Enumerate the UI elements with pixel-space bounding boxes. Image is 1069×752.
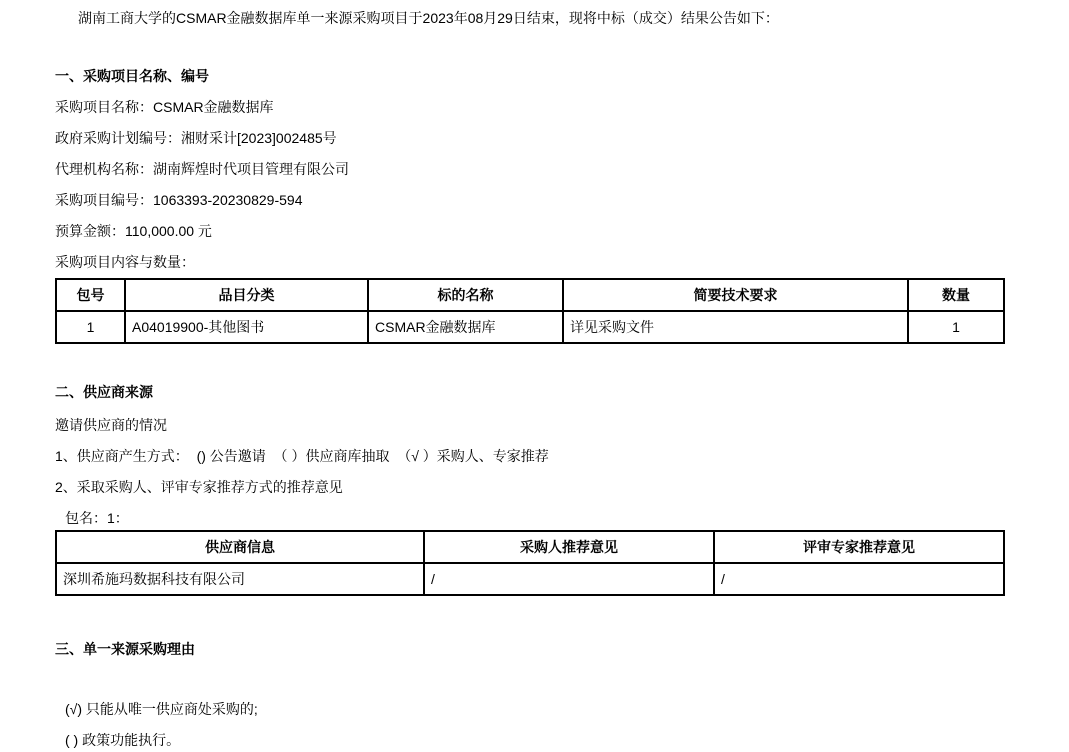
suppliers-table-header-row: 供应商信息 采购人推荐意见 评审专家推荐意见	[56, 531, 1004, 563]
invite-suppliers-label: 邀请供应商的情况	[55, 415, 1003, 435]
project-number-line: 采购项目编号：1063393-20230829-594	[55, 190, 1003, 210]
single-source-reason-option-2: ( ) 政策功能执行。	[65, 730, 1003, 750]
section2-heading: 二、供应商来源	[55, 382, 1003, 402]
intro-paragraph: 湖南工商大学的CSMAR金融数据库单一来源采购项目于2023年08月29日结束，…	[55, 0, 1003, 28]
items-table: 包号 品目分类 标的名称 简要技术要求 数量 1 A04019900-其他图书 …	[55, 278, 1005, 344]
section1-heading: 一、采购项目名称、编号	[55, 66, 1003, 86]
items-table-row: 1 A04019900-其他图书 CSMAR金融数据库 详见采购文件 1	[56, 311, 1004, 343]
content-quantity-label: 采购项目内容与数量：	[55, 252, 1003, 272]
document-page: 湖南工商大学的CSMAR金融数据库单一来源采购项目于2023年08月29日结束，…	[0, 0, 1069, 752]
header-quantity: 数量	[908, 279, 1004, 311]
budget-line: 预算金额：110,000.00 元	[55, 221, 1003, 241]
section3-heading: 三、单一来源采购理由	[55, 639, 1003, 659]
single-source-reason-option-1: (√) 只能从唯一供应商处采购的;	[65, 699, 1003, 719]
package-name-label: 包名：1：	[65, 508, 1003, 528]
document-content: 湖南工商大学的CSMAR金融数据库单一来源采购项目于2023年08月29日结束，…	[55, 0, 1003, 750]
cell-subject-name: CSMAR金融数据库	[368, 311, 563, 343]
items-table-wrapper: 包号 品目分类 标的名称 简要技术要求 数量 1 A04019900-其他图书 …	[55, 278, 1003, 344]
header-item-category: 品目分类	[125, 279, 368, 311]
project-name-line: 采购项目名称：CSMAR金融数据库	[55, 97, 1003, 117]
agency-name-line: 代理机构名称：湖南辉煌时代项目管理有限公司	[55, 159, 1003, 179]
items-table-header-row: 包号 品目分类 标的名称 简要技术要求 数量	[56, 279, 1004, 311]
header-subject-name: 标的名称	[368, 279, 563, 311]
cell-tech-requirements: 详见采购文件	[563, 311, 908, 343]
cell-package-no: 1	[56, 311, 125, 343]
header-purchaser-opinion: 采购人推荐意见	[424, 531, 714, 563]
supplier-method-line: 1、供应商产生方式： () 公告邀请 （ ）供应商库抽取 （√ ）采购人、专家推…	[55, 446, 1003, 466]
cell-expert-opinion: /	[714, 563, 1004, 595]
recommend-opinion-line: 2、采取采购人、评审专家推荐方式的推荐意见	[55, 477, 1003, 497]
header-expert-opinion: 评审专家推荐意见	[714, 531, 1004, 563]
cell-item-category: A04019900-其他图书	[125, 311, 368, 343]
plan-number-line: 政府采购计划编号：湘财采计[2023]002485号	[55, 128, 1003, 148]
suppliers-table: 供应商信息 采购人推荐意见 评审专家推荐意见 深圳希施玛数据科技有限公司 / /	[55, 530, 1005, 596]
cell-supplier-info: 深圳希施玛数据科技有限公司	[56, 563, 424, 595]
header-tech-requirements: 简要技术要求	[563, 279, 908, 311]
header-supplier-info: 供应商信息	[56, 531, 424, 563]
suppliers-table-row: 深圳希施玛数据科技有限公司 / /	[56, 563, 1004, 595]
cell-purchaser-opinion: /	[424, 563, 714, 595]
suppliers-table-wrapper: 供应商信息 采购人推荐意见 评审专家推荐意见 深圳希施玛数据科技有限公司 / /	[55, 530, 1003, 596]
cell-quantity: 1	[908, 311, 1004, 343]
header-package-no: 包号	[56, 279, 125, 311]
